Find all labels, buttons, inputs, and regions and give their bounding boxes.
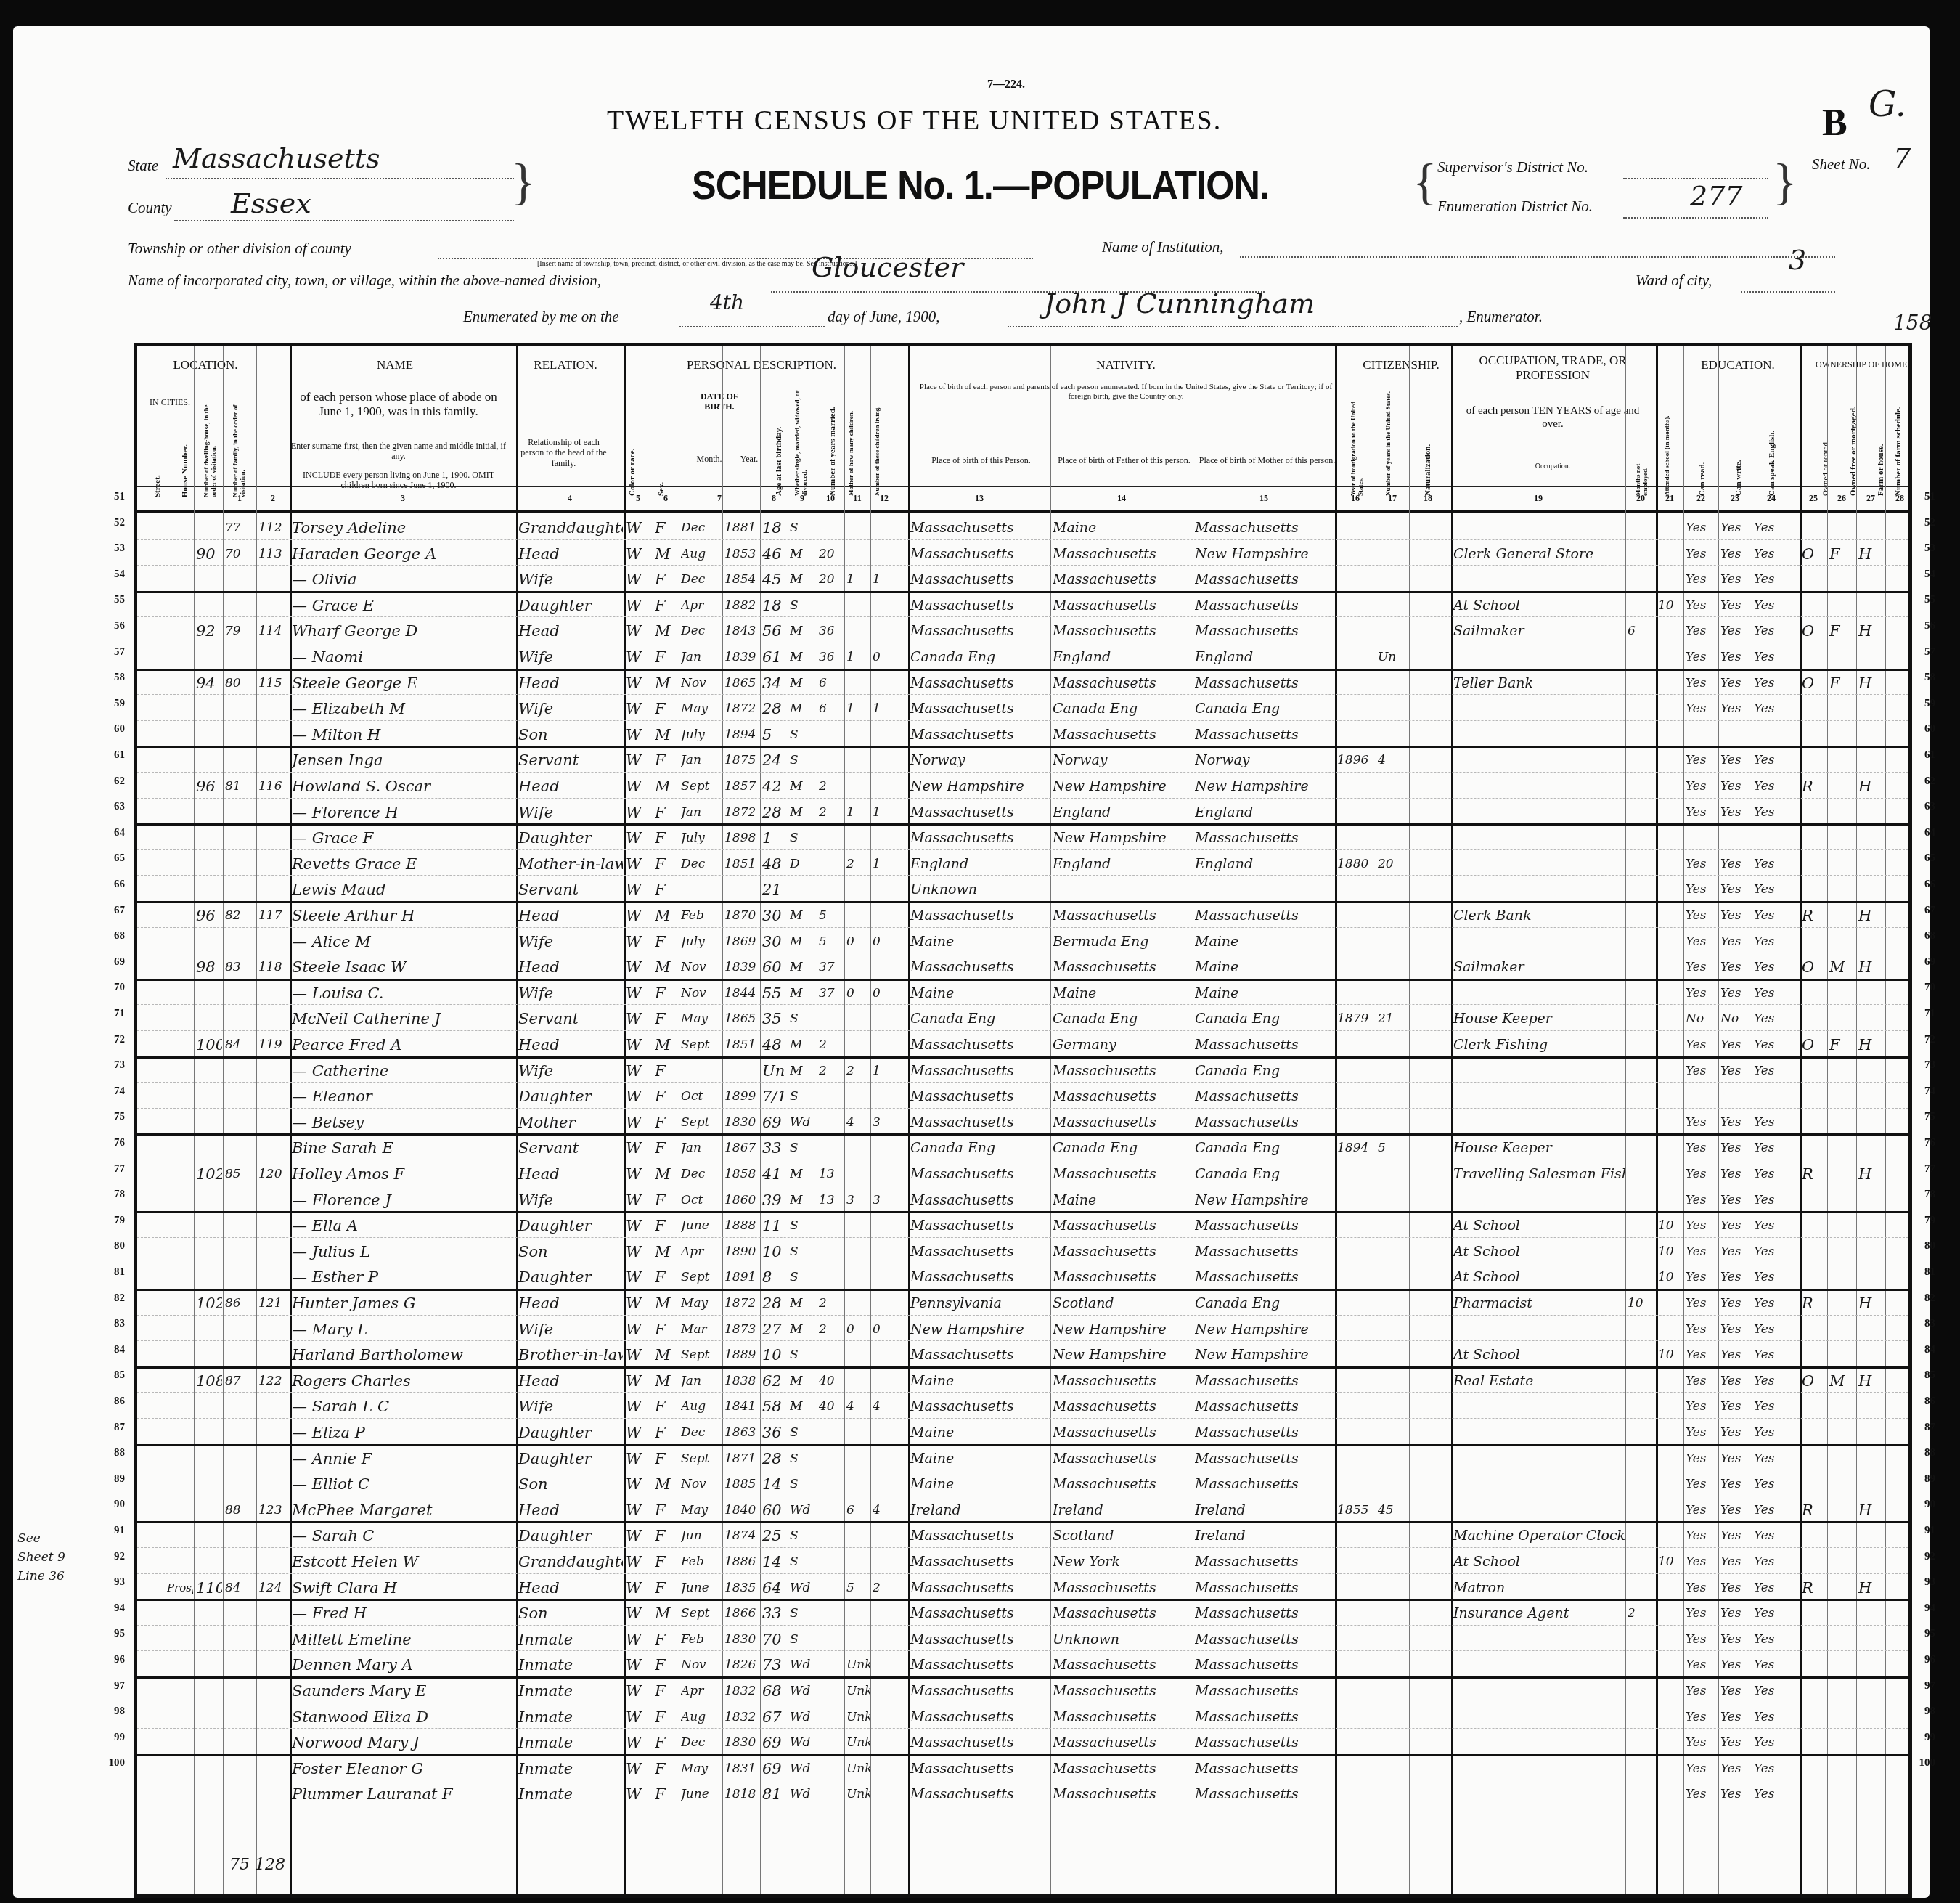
cell-farm [1858, 1315, 1885, 1341]
cell-house [196, 849, 222, 876]
cell-pob: Maine [910, 1470, 1050, 1496]
cell-color: W [626, 1133, 652, 1160]
cell-natz [1411, 1754, 1446, 1780]
cell-marital: M [790, 927, 816, 953]
cell-immig [1337, 927, 1375, 953]
cell-own [1802, 1470, 1826, 1496]
cell-month: Dec [681, 513, 722, 539]
column-number: 2 [256, 493, 290, 504]
cell-yrs-us: 4 [1378, 746, 1408, 772]
cell-write: Yes [1720, 1186, 1751, 1212]
cell-read: Yes [1686, 1186, 1718, 1212]
cell-pob-father: Massachusetts [1053, 1392, 1192, 1418]
cell-mother-of: Unk [846, 1780, 870, 1806]
cell-relation: Son [518, 1470, 623, 1496]
cell-relation: Daughter [518, 1521, 623, 1547]
cell-school [1658, 1186, 1683, 1212]
cell-speak: Yes [1754, 565, 1790, 591]
cell-month: Jan [681, 1366, 722, 1393]
cell-occupation: Clerk General Store [1453, 539, 1625, 566]
cell-unemp [1628, 1496, 1655, 1522]
cell-pob-mother: Ireland [1195, 1496, 1334, 1522]
cell-relation: Head [518, 616, 623, 643]
cell-year: 1873 [724, 1315, 759, 1341]
cell-free [1829, 901, 1855, 927]
cell-unemp [1628, 798, 1655, 824]
table-row: — Esther PDaughterWFSept18918SMassachuse… [137, 1263, 1908, 1291]
cell-family [258, 1676, 289, 1703]
cell-pob-father: Massachusetts [1053, 1676, 1192, 1703]
cell-farm [1858, 1521, 1885, 1547]
cell-pob-mother: New Hampshire [1195, 539, 1334, 566]
line-number: 81 [99, 1266, 125, 1279]
cell-color: W [626, 1650, 652, 1676]
cell-pob-mother: New Hampshire [1195, 1340, 1334, 1366]
cell-yrs-married [819, 1133, 844, 1160]
cell-immig: 1894 [1337, 1133, 1375, 1160]
cell-farm [1858, 643, 1885, 669]
cell-dwelling [225, 1004, 256, 1030]
line-number: 91 [1909, 1525, 1935, 1537]
line-number: 100 [1909, 1757, 1935, 1769]
cell-pob-father: New Hampshire [1053, 1315, 1192, 1341]
line-number: 69 [99, 956, 125, 969]
cell-relation: Granddaughter [518, 513, 623, 539]
line-number: 77 [99, 1163, 125, 1175]
table-row: — Louisa C.WifeWFNov184455M3700MaineMain… [137, 979, 1908, 1006]
cell-farm [1858, 694, 1885, 720]
line-number: 85 [99, 1369, 125, 1382]
cell-dwelling [225, 1780, 256, 1806]
cell-unemp [1628, 1160, 1655, 1186]
cell-marital: Wd [790, 1573, 816, 1600]
cell-occupation: House Keeper [1453, 1004, 1625, 1030]
cell-pob: Massachusetts [910, 1754, 1050, 1780]
cell-natz [1411, 875, 1446, 901]
cell-natz [1411, 798, 1446, 824]
cell-unemp [1628, 1728, 1655, 1754]
cell-yrs-married [819, 1780, 844, 1806]
cell-read: Yes [1686, 1599, 1718, 1625]
cell-year: 1867 [724, 1133, 759, 1160]
line-number: 67 [1909, 905, 1935, 917]
cell-farm [1858, 1625, 1885, 1651]
cell-family [258, 823, 289, 849]
cell-family [258, 746, 289, 772]
cell-sex: F [655, 1392, 678, 1418]
cell-yrs-married [819, 1703, 844, 1729]
line-number: 84 [1909, 1344, 1935, 1356]
township-label: Township or other division of county [128, 240, 351, 258]
cell-own [1802, 565, 1826, 591]
line-number: 75 [99, 1111, 125, 1123]
cell-yrs-married: 36 [819, 643, 844, 669]
cell-write: Yes [1720, 643, 1751, 669]
cell-dwelling [225, 1703, 256, 1729]
cell-write: Yes [1720, 1237, 1751, 1263]
column-number: 24 [1752, 493, 1791, 504]
cell-occupation [1453, 798, 1625, 824]
line-number: 96 [99, 1654, 125, 1666]
cell-unemp: 10 [1628, 1289, 1655, 1315]
cell-speak: Yes [1754, 1340, 1790, 1366]
cell-dwelling [225, 823, 256, 849]
cell-occupation: At School [1453, 1237, 1625, 1263]
line-number: 76 [99, 1137, 125, 1149]
cell-immig [1337, 798, 1375, 824]
cell-school [1658, 1133, 1683, 1160]
cell-color: W [626, 1263, 652, 1289]
cell-year: 1843 [724, 616, 759, 643]
cell-marital: M [790, 772, 816, 798]
cell-sex: M [655, 1340, 678, 1366]
cell-name: Estcott Helen W [292, 1547, 515, 1573]
brace: { [1413, 154, 1437, 212]
cell-family [258, 643, 289, 669]
cell-free [1829, 1676, 1855, 1703]
cell-pob-mother: Massachusetts [1195, 823, 1334, 849]
cell-age: 70 [762, 1625, 787, 1651]
county-value: Essex [231, 187, 311, 219]
cell-pob: Massachusetts [910, 798, 1050, 824]
cell-unemp [1628, 1004, 1655, 1030]
cell-sex: F [655, 1547, 678, 1573]
line-number: 85 [1909, 1369, 1935, 1382]
cell-immig [1337, 1521, 1375, 1547]
cell-school [1658, 953, 1683, 979]
cell-dwelling: 82 [225, 901, 256, 927]
cell-immig: 1879 [1337, 1004, 1375, 1030]
cell-house [196, 823, 222, 849]
cell-natz [1411, 1573, 1446, 1600]
cell-year: 1857 [724, 772, 759, 798]
cell-name: — Mary L [292, 1315, 515, 1341]
cell-house [196, 1496, 222, 1522]
cell-dwelling [225, 927, 256, 953]
cell-school: 10 [1658, 1547, 1683, 1573]
cell-farm [1858, 823, 1885, 849]
cell-pob-mother: Massachusetts [1195, 1599, 1334, 1625]
cell-speak: Yes [1754, 1366, 1790, 1393]
cell-unemp [1628, 1573, 1655, 1600]
cell-immig [1337, 1754, 1375, 1780]
cell-year: 1818 [724, 1780, 759, 1806]
cell-own [1802, 1599, 1826, 1625]
cell-read: Yes [1686, 539, 1718, 566]
cell-house [196, 1082, 222, 1108]
name-include-note: INCLUDE every person living on June 1, 1… [290, 470, 507, 491]
line-number: 99 [1909, 1732, 1935, 1744]
cell-marital: M [790, 1315, 816, 1341]
cell-sex: F [655, 1444, 678, 1470]
line-number: 62 [1909, 775, 1935, 788]
cell-relation: Daughter [518, 823, 623, 849]
cell-month: May [681, 1754, 722, 1780]
cell-street [167, 1133, 193, 1160]
cell-marital: M [790, 1366, 816, 1393]
cell-pob: Massachusetts [910, 565, 1050, 591]
cell-own: R [1802, 1289, 1826, 1315]
cell-mother-of: 1 [846, 565, 870, 591]
cell-immig [1337, 1728, 1375, 1754]
cell-pob-father: Massachusetts [1053, 1160, 1192, 1186]
cell-month: Feb [681, 1547, 722, 1573]
cell-age: 60 [762, 953, 787, 979]
cell-write: No [1720, 1004, 1751, 1030]
can-write-header: Can write. [1734, 441, 1743, 496]
cell-street [167, 1004, 193, 1030]
cell-write: Yes [1720, 1108, 1751, 1134]
line-number: 97 [99, 1680, 125, 1692]
cell-own [1802, 1082, 1826, 1108]
cell-farm [1858, 1392, 1885, 1418]
cell-pob-father: England [1053, 849, 1192, 876]
cell-read: Yes [1686, 513, 1718, 539]
cell-month: Oct [681, 1186, 722, 1212]
cell-month: Nov [681, 1470, 722, 1496]
cell-free [1829, 1650, 1855, 1676]
cell-color: W [626, 979, 652, 1005]
cell-pob-mother: Massachusetts [1195, 720, 1334, 746]
relation-header: RELATION. [515, 358, 616, 372]
cell-unemp [1628, 1703, 1655, 1729]
table-row: — Fred HSonWMSept186633SMassachusettsMas… [137, 1599, 1908, 1626]
cell-school [1658, 849, 1683, 876]
column-number: 27 [1856, 493, 1885, 504]
column-number: 22 [1683, 493, 1718, 504]
cell-living: 1 [873, 565, 897, 591]
cell-living [873, 1625, 897, 1651]
cell-dwelling: 80 [225, 669, 256, 695]
cell-farm: H [1858, 1160, 1885, 1186]
cell-color: W [626, 1780, 652, 1806]
cell-year: 1865 [724, 669, 759, 695]
cell-school [1658, 1082, 1683, 1108]
cell-family: 113 [258, 539, 289, 566]
cell-pob-mother: Ireland [1195, 1521, 1334, 1547]
cell-read: Yes [1686, 1340, 1718, 1366]
cell-occupation [1453, 1315, 1625, 1341]
cell-living [873, 1780, 897, 1806]
cell-speak: Yes [1754, 1521, 1790, 1547]
cell-immig [1337, 901, 1375, 927]
cell-speak: Yes [1754, 772, 1790, 798]
cell-read: Yes [1686, 694, 1718, 720]
cell-house [196, 1340, 222, 1366]
cell-speak: Yes [1754, 1444, 1790, 1470]
cell-unemp [1628, 927, 1655, 953]
enumerated-suffix: day of June, 1900, [828, 308, 940, 326]
line-number: 53 [1909, 542, 1935, 555]
cell-color: W [626, 1392, 652, 1418]
children-living-header: Number of these children living. [873, 383, 895, 496]
cell-name: Hunter James G [292, 1289, 515, 1315]
cell-family: 123 [258, 1496, 289, 1522]
cell-farm [1858, 720, 1885, 746]
column-number: 25 [1800, 493, 1827, 504]
cell-pob: Canada Eng [910, 643, 1050, 669]
cell-year [724, 875, 759, 901]
cell-natz [1411, 823, 1446, 849]
line-number: 87 [1909, 1422, 1935, 1434]
cell-free: F [1829, 539, 1855, 566]
cell-own: R [1802, 772, 1826, 798]
cell-pob-father: Canada Eng [1053, 694, 1192, 720]
cell-speak: Yes [1754, 643, 1790, 669]
cell-pob: Massachusetts [910, 1340, 1050, 1366]
cell-unemp [1628, 539, 1655, 566]
cell-yrs-married [819, 1263, 844, 1289]
cell-read: Yes [1686, 798, 1718, 824]
cell-house [196, 1547, 222, 1573]
cell-farm [1858, 849, 1885, 876]
cell-sex: M [655, 1237, 678, 1263]
cell-speak: Yes [1754, 1625, 1790, 1651]
table-row: — Grace EDaughterWFApr188218SMassachuset… [137, 591, 1908, 618]
cell-relation: Head [518, 669, 623, 695]
cell-yrs-married [819, 1496, 844, 1522]
cell-own [1802, 1392, 1826, 1418]
cell-farm [1858, 1082, 1885, 1108]
table-row: 9070113Haraden George AHeadWMAug185346M2… [137, 539, 1908, 566]
cell-family [258, 694, 289, 720]
cell-color: W [626, 1728, 652, 1754]
cell-age: Un [762, 1056, 787, 1083]
line-number: 64 [1909, 827, 1935, 839]
cell-natz [1411, 1366, 1446, 1393]
cell-year: 1898 [724, 823, 759, 849]
cell-color: W [626, 591, 652, 617]
cell-dwelling [225, 1728, 256, 1754]
cell-speak: Yes [1754, 901, 1790, 927]
cell-pob: Massachusetts [910, 1521, 1050, 1547]
cell-yrs-married [819, 1340, 844, 1366]
cell-free [1829, 1780, 1855, 1806]
cell-age: 21 [762, 875, 787, 901]
cell-unemp [1628, 1133, 1655, 1160]
table-row: — BetseyMotherWFSept183069Wd43Massachuse… [137, 1108, 1908, 1136]
cell-write: Yes [1720, 798, 1751, 824]
cell-living [873, 1728, 897, 1754]
cell-name: Plummer Lauranat F [292, 1780, 515, 1806]
cell-own [1802, 823, 1826, 849]
cell-color: W [626, 901, 652, 927]
cell-own [1802, 1108, 1826, 1134]
cell-free [1829, 1599, 1855, 1625]
cell-year [724, 1056, 759, 1083]
cell-living [873, 1470, 897, 1496]
cell-sched [1887, 1780, 1914, 1806]
cell-natz [1411, 1599, 1446, 1625]
cell-pob-father: Massachusetts [1053, 616, 1192, 643]
table-row: — Elliot CSonWMNov188514SMaineMassachuse… [137, 1470, 1908, 1496]
cell-own: O [1802, 1366, 1826, 1393]
cell-pob-mother: Massachusetts [1195, 1650, 1334, 1676]
cell-immig [1337, 953, 1375, 979]
line-number: 58 [99, 672, 125, 684]
cell-street [167, 1444, 193, 1470]
cell-marital: M [790, 643, 816, 669]
cell-year: 1839 [724, 953, 759, 979]
cell-school: 10 [1658, 1263, 1683, 1289]
line-number: 97 [1909, 1680, 1935, 1692]
cell-write: Yes [1720, 616, 1751, 643]
cell-dwelling [225, 1599, 256, 1625]
cell-natz [1411, 1676, 1446, 1703]
cell-month: Nov [681, 979, 722, 1005]
cell-marital: M [790, 798, 816, 824]
cell-family [258, 1004, 289, 1030]
cell-write: Yes [1720, 1573, 1751, 1600]
cell-name: Saunders Mary E [292, 1676, 515, 1703]
cell-street [167, 669, 193, 695]
cell-write: Yes [1720, 953, 1751, 979]
cell-house: 96 [196, 772, 222, 798]
cell-farm [1858, 1056, 1885, 1083]
cell-name: Harland Bartholomew [292, 1340, 515, 1366]
cell-dwelling [225, 1237, 256, 1263]
cell-month: Sept [681, 1444, 722, 1470]
cell-pob: Massachusetts [910, 1703, 1050, 1729]
cell-pob-father: Ireland [1053, 1496, 1192, 1522]
cell-mother-of: 3 [846, 1186, 870, 1212]
cell-dwelling [225, 1521, 256, 1547]
cell-pob-mother: New Hampshire [1195, 1315, 1334, 1341]
cell-family [258, 1186, 289, 1212]
cell-house [196, 1470, 222, 1496]
cell-house: 98 [196, 953, 222, 979]
cell-dwelling [225, 1108, 256, 1134]
cell-write: Yes [1720, 1547, 1751, 1573]
cell-own [1802, 1056, 1826, 1083]
cell-school [1658, 1728, 1683, 1754]
cell-marital: S [790, 1444, 816, 1470]
cell-year: 1851 [724, 849, 759, 876]
cell-year: 1832 [724, 1703, 759, 1729]
cell-read: Yes [1686, 1263, 1718, 1289]
cell-immig [1337, 694, 1375, 720]
cell-free [1829, 1392, 1855, 1418]
cell-pob-father: Massachusetts [1053, 1056, 1192, 1083]
cell-age: 61 [762, 643, 787, 669]
cell-family [258, 1703, 289, 1729]
cell-sex: M [655, 1160, 678, 1186]
cell-marital: M [790, 616, 816, 643]
line-number: 66 [99, 879, 125, 891]
cell-living: 1 [873, 1056, 897, 1083]
cell-sex: M [655, 1030, 678, 1056]
line-number: 55 [99, 594, 125, 606]
cell-marital: M [790, 669, 816, 695]
cell-natz [1411, 927, 1446, 953]
cell-free [1829, 694, 1855, 720]
cell-school [1658, 1676, 1683, 1703]
cell-year: 1894 [724, 720, 759, 746]
cell-unemp [1628, 1754, 1655, 1780]
family-number-header: Number of family, in the order of visita… [232, 394, 258, 497]
cell-marital: Wd [790, 1496, 816, 1522]
cell-immig [1337, 1263, 1375, 1289]
cell-relation: Head [518, 1030, 623, 1056]
cell-pob: Massachusetts [910, 1728, 1050, 1754]
cell-marital: S [790, 720, 816, 746]
column-number: 20 [1625, 493, 1656, 504]
cell-free [1829, 1186, 1855, 1212]
cell-natz [1411, 539, 1446, 566]
line-number: 72 [99, 1034, 125, 1046]
table-row: 9883118Steele Isaac WHeadWMNov183960M37M… [137, 953, 1908, 981]
cell-read [1686, 720, 1718, 746]
